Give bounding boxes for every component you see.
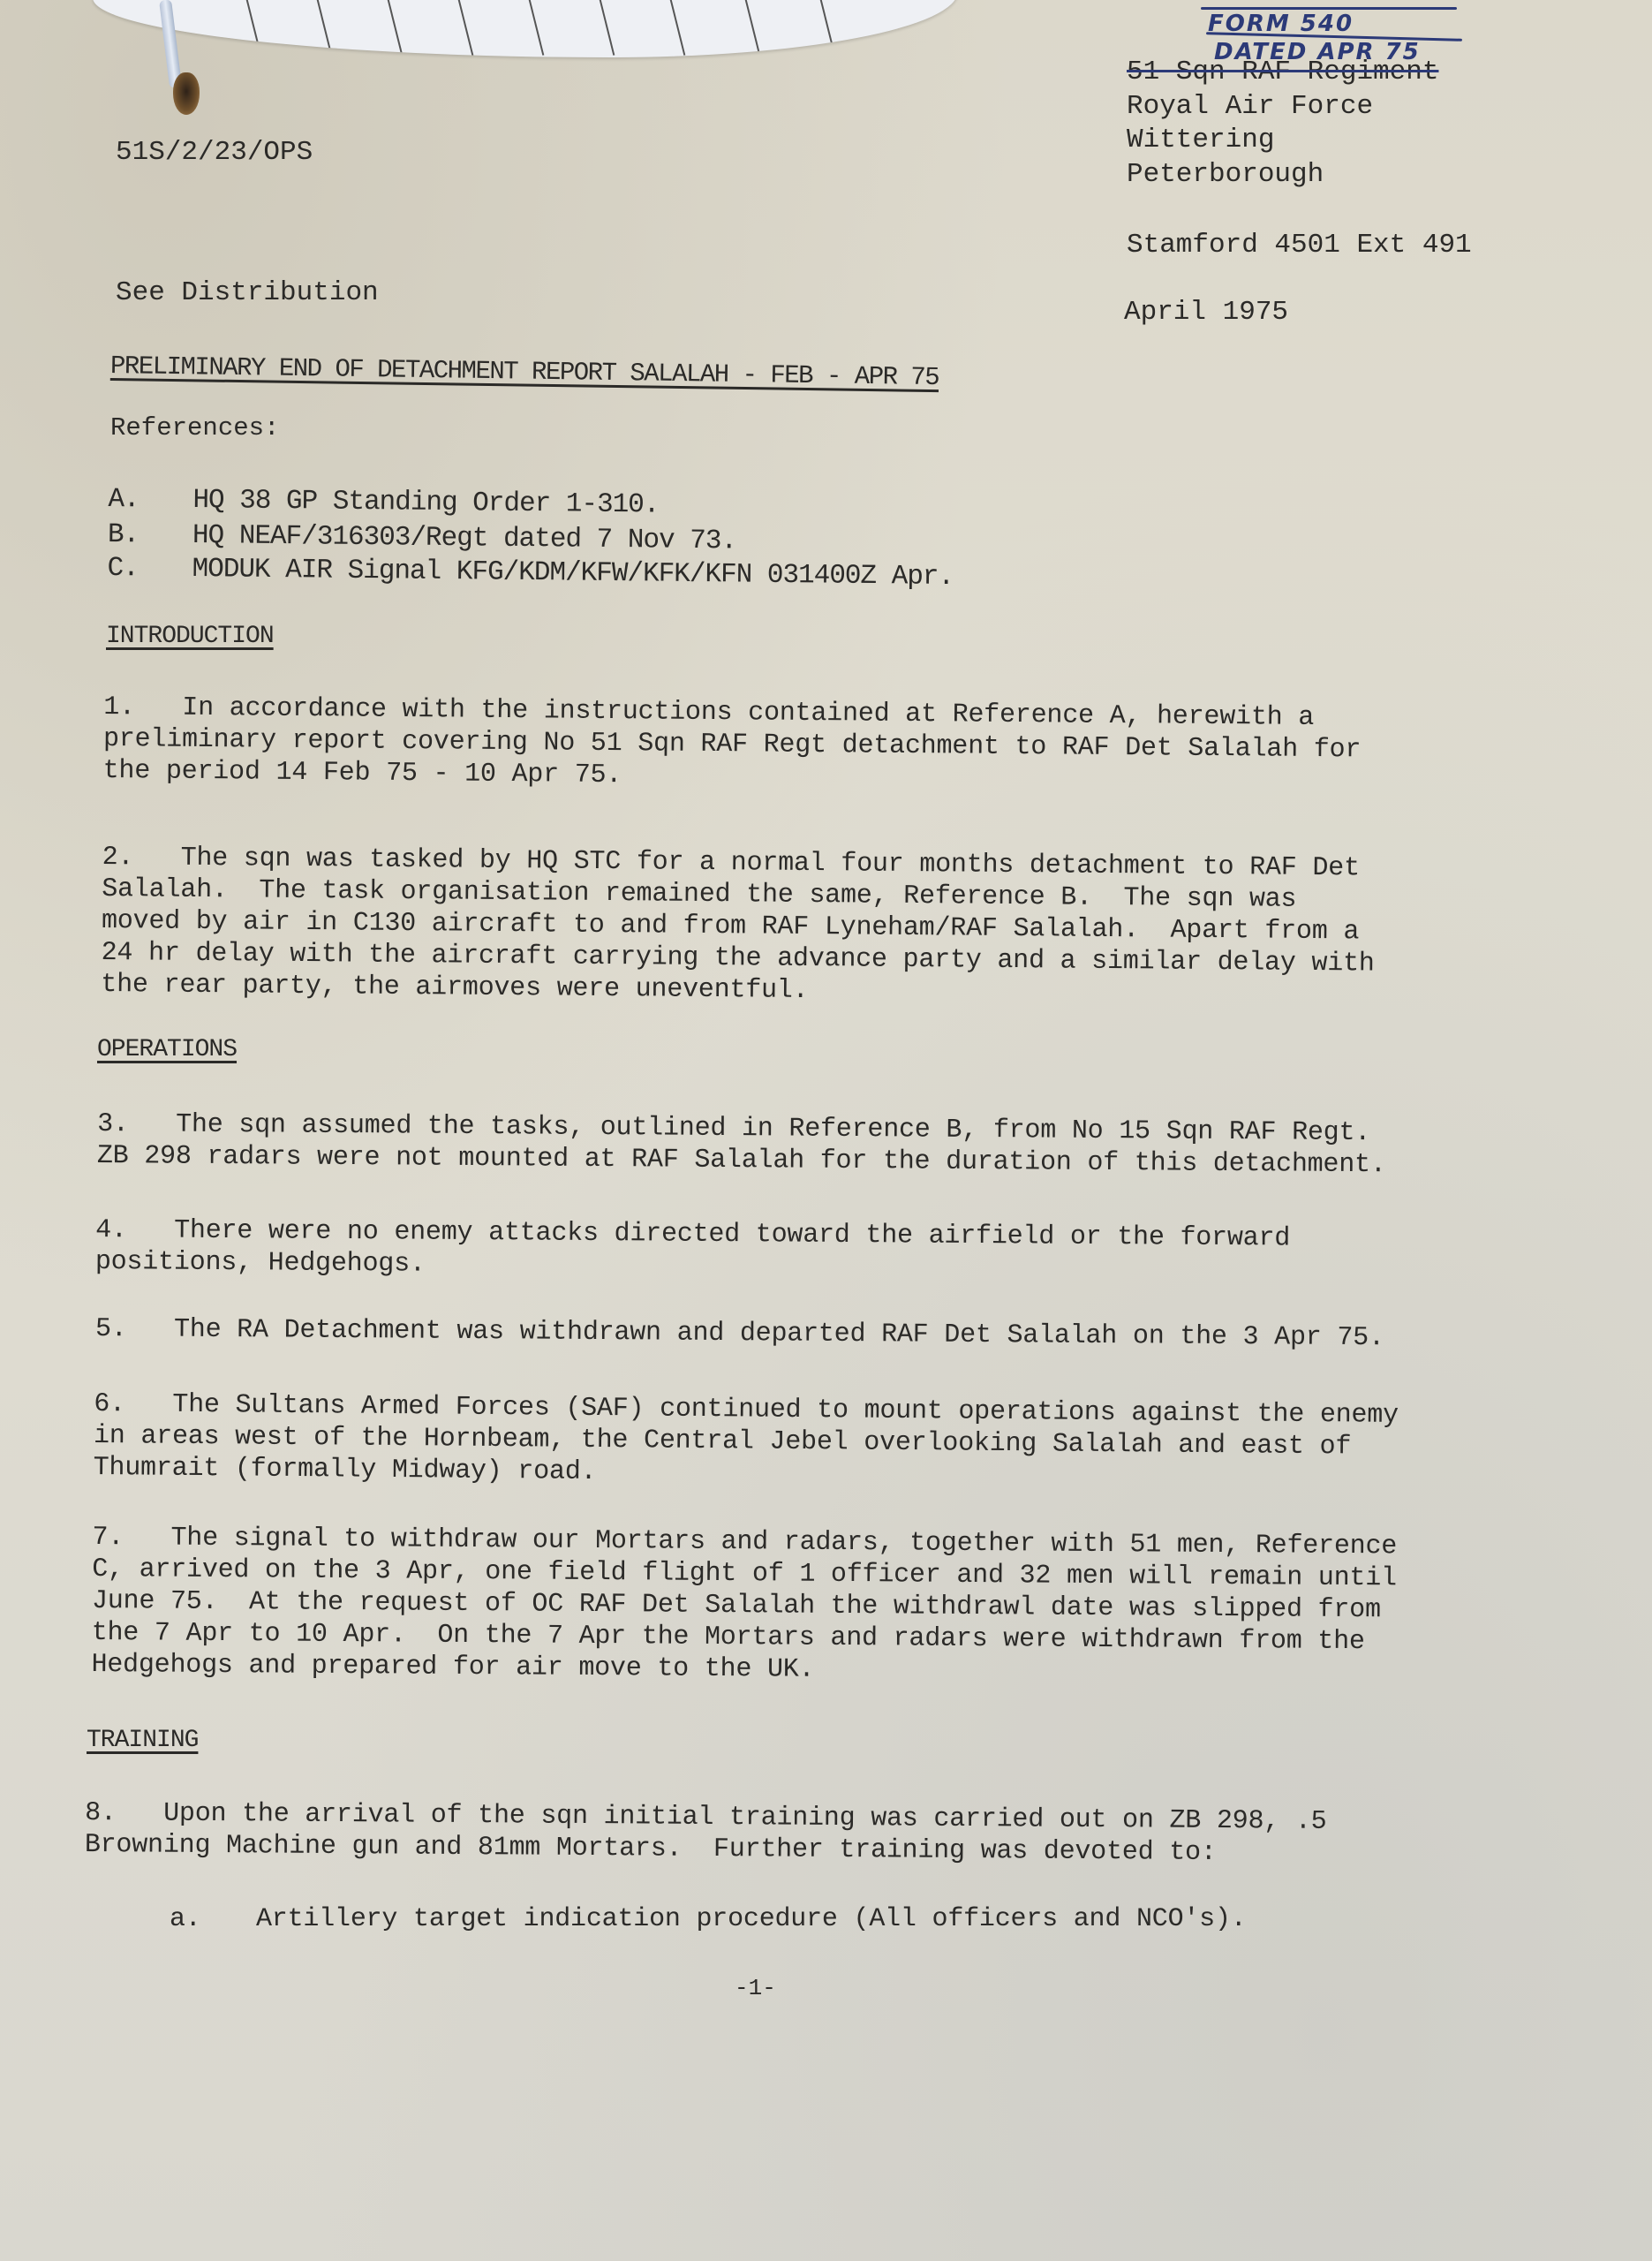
references-label: References: bbox=[110, 415, 279, 441]
pen-line bbox=[1201, 7, 1457, 10]
page-number: -1- bbox=[735, 1977, 776, 2000]
section-heading-training: TRAINING bbox=[87, 1727, 198, 1754]
section-heading-introduction: INTRODUCTION bbox=[106, 623, 274, 650]
training-subitem-a: a.Artillery target indication procedure … bbox=[170, 1903, 1247, 1935]
reference-letter: C. bbox=[107, 553, 192, 585]
document-date: April 1975 bbox=[1124, 299, 1288, 326]
subitem-text: Artillery target indication procedure (A… bbox=[256, 1904, 1247, 1934]
paragraph-3: 3. The sqn assumed the tasks, outlined i… bbox=[97, 1108, 1386, 1181]
reference-text: HQ 38 GP Standing Order 1-310. bbox=[192, 485, 659, 521]
reference-letter: A. bbox=[108, 484, 192, 516]
punch-hole bbox=[173, 72, 200, 115]
paragraph-2: 2. The sqn was tasked by HQ STC for a no… bbox=[101, 842, 1376, 1012]
paragraph-8: 8. Upon the arrival of the sqn initial t… bbox=[85, 1797, 1327, 1870]
paragraph-1: 1. In accordance with the instructions c… bbox=[103, 692, 1362, 798]
addressee: See Distribution bbox=[116, 279, 379, 306]
references-list: A.HQ 38 GP Standing Order 1-310. B.HQ NE… bbox=[107, 484, 954, 593]
paragraph-6: 6. The Sultans Armed Forces (SAF) contin… bbox=[94, 1388, 1399, 1495]
paragraph-4: 4. There were no enemy attacks directed … bbox=[95, 1214, 1291, 1286]
subitem-letter: a. bbox=[170, 1903, 256, 1935]
address-line-unit: 51 Sqn RAF Regiment bbox=[1127, 58, 1438, 86]
reference-letter: B. bbox=[108, 519, 192, 551]
address-line-service: Royal Air Force bbox=[1127, 93, 1373, 120]
address-line-station: Wittering bbox=[1127, 126, 1274, 154]
reference-text: HQ NEAF/316303/Regt dated 7 Nov 73. bbox=[192, 520, 736, 556]
section-heading-operations: OPERATIONS bbox=[97, 1036, 237, 1063]
paragraph-7: 7. The signal to withdraw our Mortars an… bbox=[91, 1522, 1397, 1690]
address-line-town: Peterborough bbox=[1127, 161, 1324, 188]
file-reference: 51S/2/23/OPS bbox=[116, 139, 313, 166]
telephone: Stamford 4501 Ext 491 bbox=[1127, 231, 1472, 259]
